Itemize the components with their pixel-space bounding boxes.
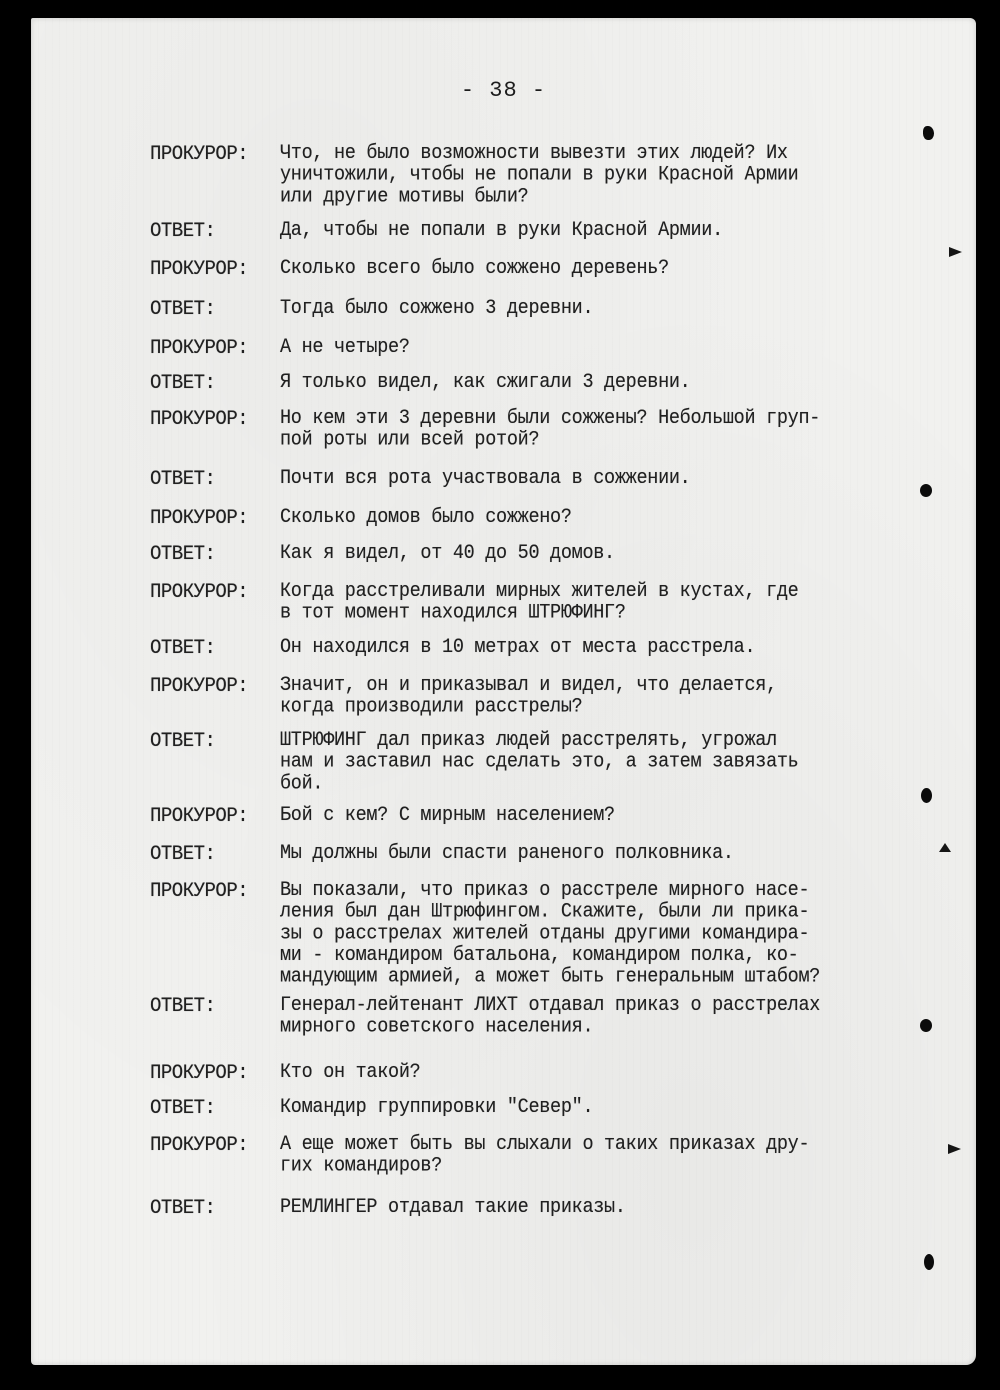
margin-arrow-mark bbox=[948, 1144, 961, 1154]
speaker-label: ОТВЕТ: bbox=[150, 1197, 280, 1219]
speaker-label: ПРОКУРОР: bbox=[150, 143, 280, 208]
utterance-text: Генерал-лейтенант ЛИХТ отдавал приказ о … bbox=[280, 995, 940, 1038]
transcript-entry: ПРОКУРОР: Когда расстреливали мирных жит… bbox=[150, 581, 940, 624]
punch-hole-mark bbox=[923, 126, 934, 140]
speaker-label: ПРОКУРОР: bbox=[150, 1134, 280, 1177]
transcript-entry: ОТВЕТ: Тогда было сожжено 3 деревни. bbox=[150, 298, 940, 320]
page-number: - 38 - bbox=[31, 78, 976, 103]
speaker-label: ПРОКУРОР: bbox=[150, 581, 280, 624]
transcript-entry: ПРОКУРОР: Что, не было возможности вывез… bbox=[150, 143, 940, 208]
speaker-label: ПРОКУРОР: bbox=[150, 1062, 280, 1084]
utterance-text: Да, чтобы не попали в руки Красной Армии… bbox=[280, 220, 940, 242]
utterance-text: Кто он такой? bbox=[280, 1062, 940, 1084]
speaker-label: ОТВЕТ: bbox=[150, 298, 280, 320]
utterance-text: Когда расстреливали мирных жителей в кус… bbox=[280, 581, 940, 624]
speaker-label: ОТВЕТ: bbox=[150, 543, 280, 565]
speaker-label: ПРОКУРОР: bbox=[150, 408, 280, 451]
utterance-text: Как я видел, от 40 до 50 домов. bbox=[280, 543, 940, 565]
transcript-entry: ПРОКУРОР: Бой с кем? С мирным населением… bbox=[150, 805, 940, 827]
transcript-entry: ПРОКУРОР: Сколько домов было сожжено? bbox=[150, 507, 940, 529]
speaker-label: ОТВЕТ: bbox=[150, 468, 280, 490]
punch-hole-mark bbox=[924, 1254, 934, 1270]
utterance-text: А не четыре? bbox=[280, 337, 940, 359]
transcript-entry: ПРОКУРОР: Вы показали, что приказ о расс… bbox=[150, 880, 940, 988]
utterance-text: Что, не было возможности вывезти этих лю… bbox=[280, 143, 940, 208]
transcript-entry: ОТВЕТ: Мы должны были спасти раненого по… bbox=[150, 843, 940, 865]
transcript-entry: ПРОКУРОР: Значит, он и приказывал и виде… bbox=[150, 675, 940, 718]
speaker-label: ОТВЕТ: bbox=[150, 730, 280, 795]
utterance-text: Командир группировки "Север". bbox=[280, 1097, 940, 1119]
transcript-entry: ОТВЕТ: Да, чтобы не попали в руки Красно… bbox=[150, 220, 940, 242]
transcript-entry: ПРОКУРОР: А не четыре? bbox=[150, 337, 940, 359]
speaker-label: ОТВЕТ: bbox=[150, 372, 280, 394]
speaker-label: ПРОКУРОР: bbox=[150, 337, 280, 359]
utterance-text: Но кем эти 3 деревни были сожжены? Небол… bbox=[280, 408, 940, 451]
speaker-label: ПРОКУРОР: bbox=[150, 805, 280, 827]
utterance-text: Я только видел, как сжигали 3 деревни. bbox=[280, 372, 940, 394]
utterance-text: Он находился в 10 метрах от места расстр… bbox=[280, 637, 940, 659]
speaker-label: ПРОКУРОР: bbox=[150, 507, 280, 529]
utterance-text: Почти вся рота участвовала в сожжении. bbox=[280, 468, 940, 490]
speaker-label: ОТВЕТ: bbox=[150, 843, 280, 865]
transcript-entry: ОТВЕТ: Я только видел, как сжигали 3 дер… bbox=[150, 372, 940, 394]
transcript-entry: ОТВЕТ: Как я видел, от 40 до 50 домов. bbox=[150, 543, 940, 565]
speaker-label: ПРОКУРОР: bbox=[150, 880, 280, 988]
speaker-label: ОТВЕТ: bbox=[150, 637, 280, 659]
utterance-text: Сколько всего было сожжено деревень? bbox=[280, 258, 940, 280]
transcript-entry: ПРОКУРОР: А еще может быть вы слыхали о … bbox=[150, 1134, 940, 1177]
speaker-label: ОТВЕТ: bbox=[150, 220, 280, 242]
utterance-text: А еще может быть вы слыхали о таких прик… bbox=[280, 1134, 940, 1177]
utterance-text: Вы показали, что приказ о расстреле мирн… bbox=[280, 880, 940, 988]
speaker-label: ОТВЕТ: bbox=[150, 1097, 280, 1119]
transcript-entry: ОТВЕТ: Командир группировки "Север". bbox=[150, 1097, 940, 1119]
transcript-entry: ОТВЕТ: Почти вся рота участвовала в сожж… bbox=[150, 468, 940, 490]
margin-arrow-mark bbox=[939, 843, 951, 852]
transcript-entry: ПРОКУРОР: Сколько всего было сожжено дер… bbox=[150, 258, 940, 280]
utterance-text: Тогда было сожжено 3 деревни. bbox=[280, 298, 940, 320]
utterance-text: ШТРЮФИНГ дал приказ людей расстрелять, у… bbox=[280, 730, 940, 795]
utterance-text: Мы должны были спасти раненого полковник… bbox=[280, 843, 940, 865]
margin-arrow-mark bbox=[949, 247, 962, 257]
utterance-text: Бой с кем? С мирным населением? bbox=[280, 805, 940, 827]
transcript-entry: ОТВЕТ: Генерал-лейтенант ЛИХТ отдавал пр… bbox=[150, 995, 940, 1038]
transcript-entry: ОТВЕТ: Он находился в 10 метрах от места… bbox=[150, 637, 940, 659]
speaker-label: ОТВЕТ: bbox=[150, 995, 280, 1038]
transcript-entry: ПРОКУРОР: Кто он такой? bbox=[150, 1062, 940, 1084]
utterance-text: РЕМЛИНГЕР отдавал такие приказы. bbox=[280, 1197, 940, 1219]
transcript-entry: ОТВЕТ: ШТРЮФИНГ дал приказ людей расстре… bbox=[150, 730, 940, 795]
transcript-entry: ОТВЕТ: РЕМЛИНГЕР отдавал такие приказы. bbox=[150, 1197, 940, 1219]
speaker-label: ПРОКУРОР: bbox=[150, 258, 280, 280]
transcript-entry: ПРОКУРОР: Но кем эти 3 деревни были сожж… bbox=[150, 408, 940, 451]
utterance-text: Значит, он и приказывал и видел, что дел… bbox=[280, 675, 940, 718]
speaker-label: ПРОКУРОР: bbox=[150, 675, 280, 718]
utterance-text: Сколько домов было сожжено? bbox=[280, 507, 940, 529]
